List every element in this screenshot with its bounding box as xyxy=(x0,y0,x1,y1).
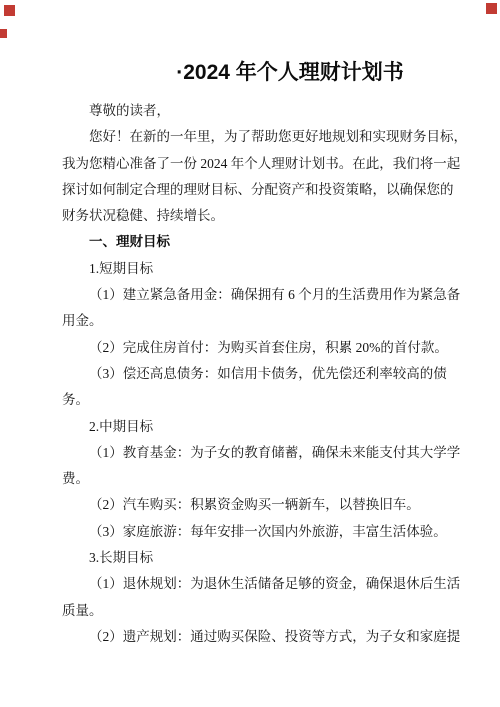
text-line: 您好！在新的一年里，为了帮助您更好地规划和实现财务目标， xyxy=(62,124,440,150)
text-line: 费。 xyxy=(62,466,440,492)
text-line: 尊敬的读者， xyxy=(62,98,440,124)
text-line: （1）建立紧急备用金：确保拥有 6 个月的生活费用作为紧急备 xyxy=(62,282,440,308)
text-line: （2）完成住房首付：为购买首套住房，积累 20%的首付款。 xyxy=(62,335,440,361)
page-title: ·2024 年个人理财计划书 xyxy=(62,58,440,88)
text-line: 务。 xyxy=(62,387,440,413)
section-heading: 一、理财目标 xyxy=(62,229,440,255)
red-corner-mark-top-right xyxy=(486,3,497,14)
document-page: ·2024 年个人理财计划书 尊敬的读者， 您好！在新的一年里，为了帮助您更好地… xyxy=(0,0,500,707)
text-line: （1）教育基金：为子女的教育储蓄，确保未来能支付其大学学 xyxy=(62,440,440,466)
text-line: 我为您精心准备了一份 2024 年个人理财计划书。在此，我们将一起 xyxy=(62,151,440,177)
subsection-heading: 2.中期目标 xyxy=(62,414,440,440)
text-line: （1）退休规划：为退休生活储备足够的资金，确保退休后生活 xyxy=(62,571,440,597)
text-line: 财务状况稳健、持续增长。 xyxy=(62,203,440,229)
text-line: 用金。 xyxy=(62,308,440,334)
text-line: 质量。 xyxy=(62,598,440,624)
subsection-heading: 1.短期目标 xyxy=(62,256,440,282)
text-line: 探讨如何制定合理的理财目标、分配资产和投资策略，以确保您的 xyxy=(62,177,440,203)
red-edge-mark-left xyxy=(0,29,7,38)
red-corner-mark-top-left xyxy=(4,5,15,16)
document-body: ·2024 年个人理财计划书 尊敬的读者， 您好！在新的一年里，为了帮助您更好地… xyxy=(0,0,500,650)
text-line: （3）偿还高息债务：如信用卡债务，优先偿还利率较高的债 xyxy=(62,361,440,387)
text-line: （2）汽车购买：积累资金购买一辆新车，以替换旧车。 xyxy=(62,492,440,518)
text-line: （3）家庭旅游：每年安排一次国内外旅游，丰富生活体验。 xyxy=(62,519,440,545)
text-line: （2）遗产规划：通过购买保险、投资等方式，为子女和家庭提 xyxy=(62,624,440,650)
subsection-heading: 3.长期目标 xyxy=(62,545,440,571)
